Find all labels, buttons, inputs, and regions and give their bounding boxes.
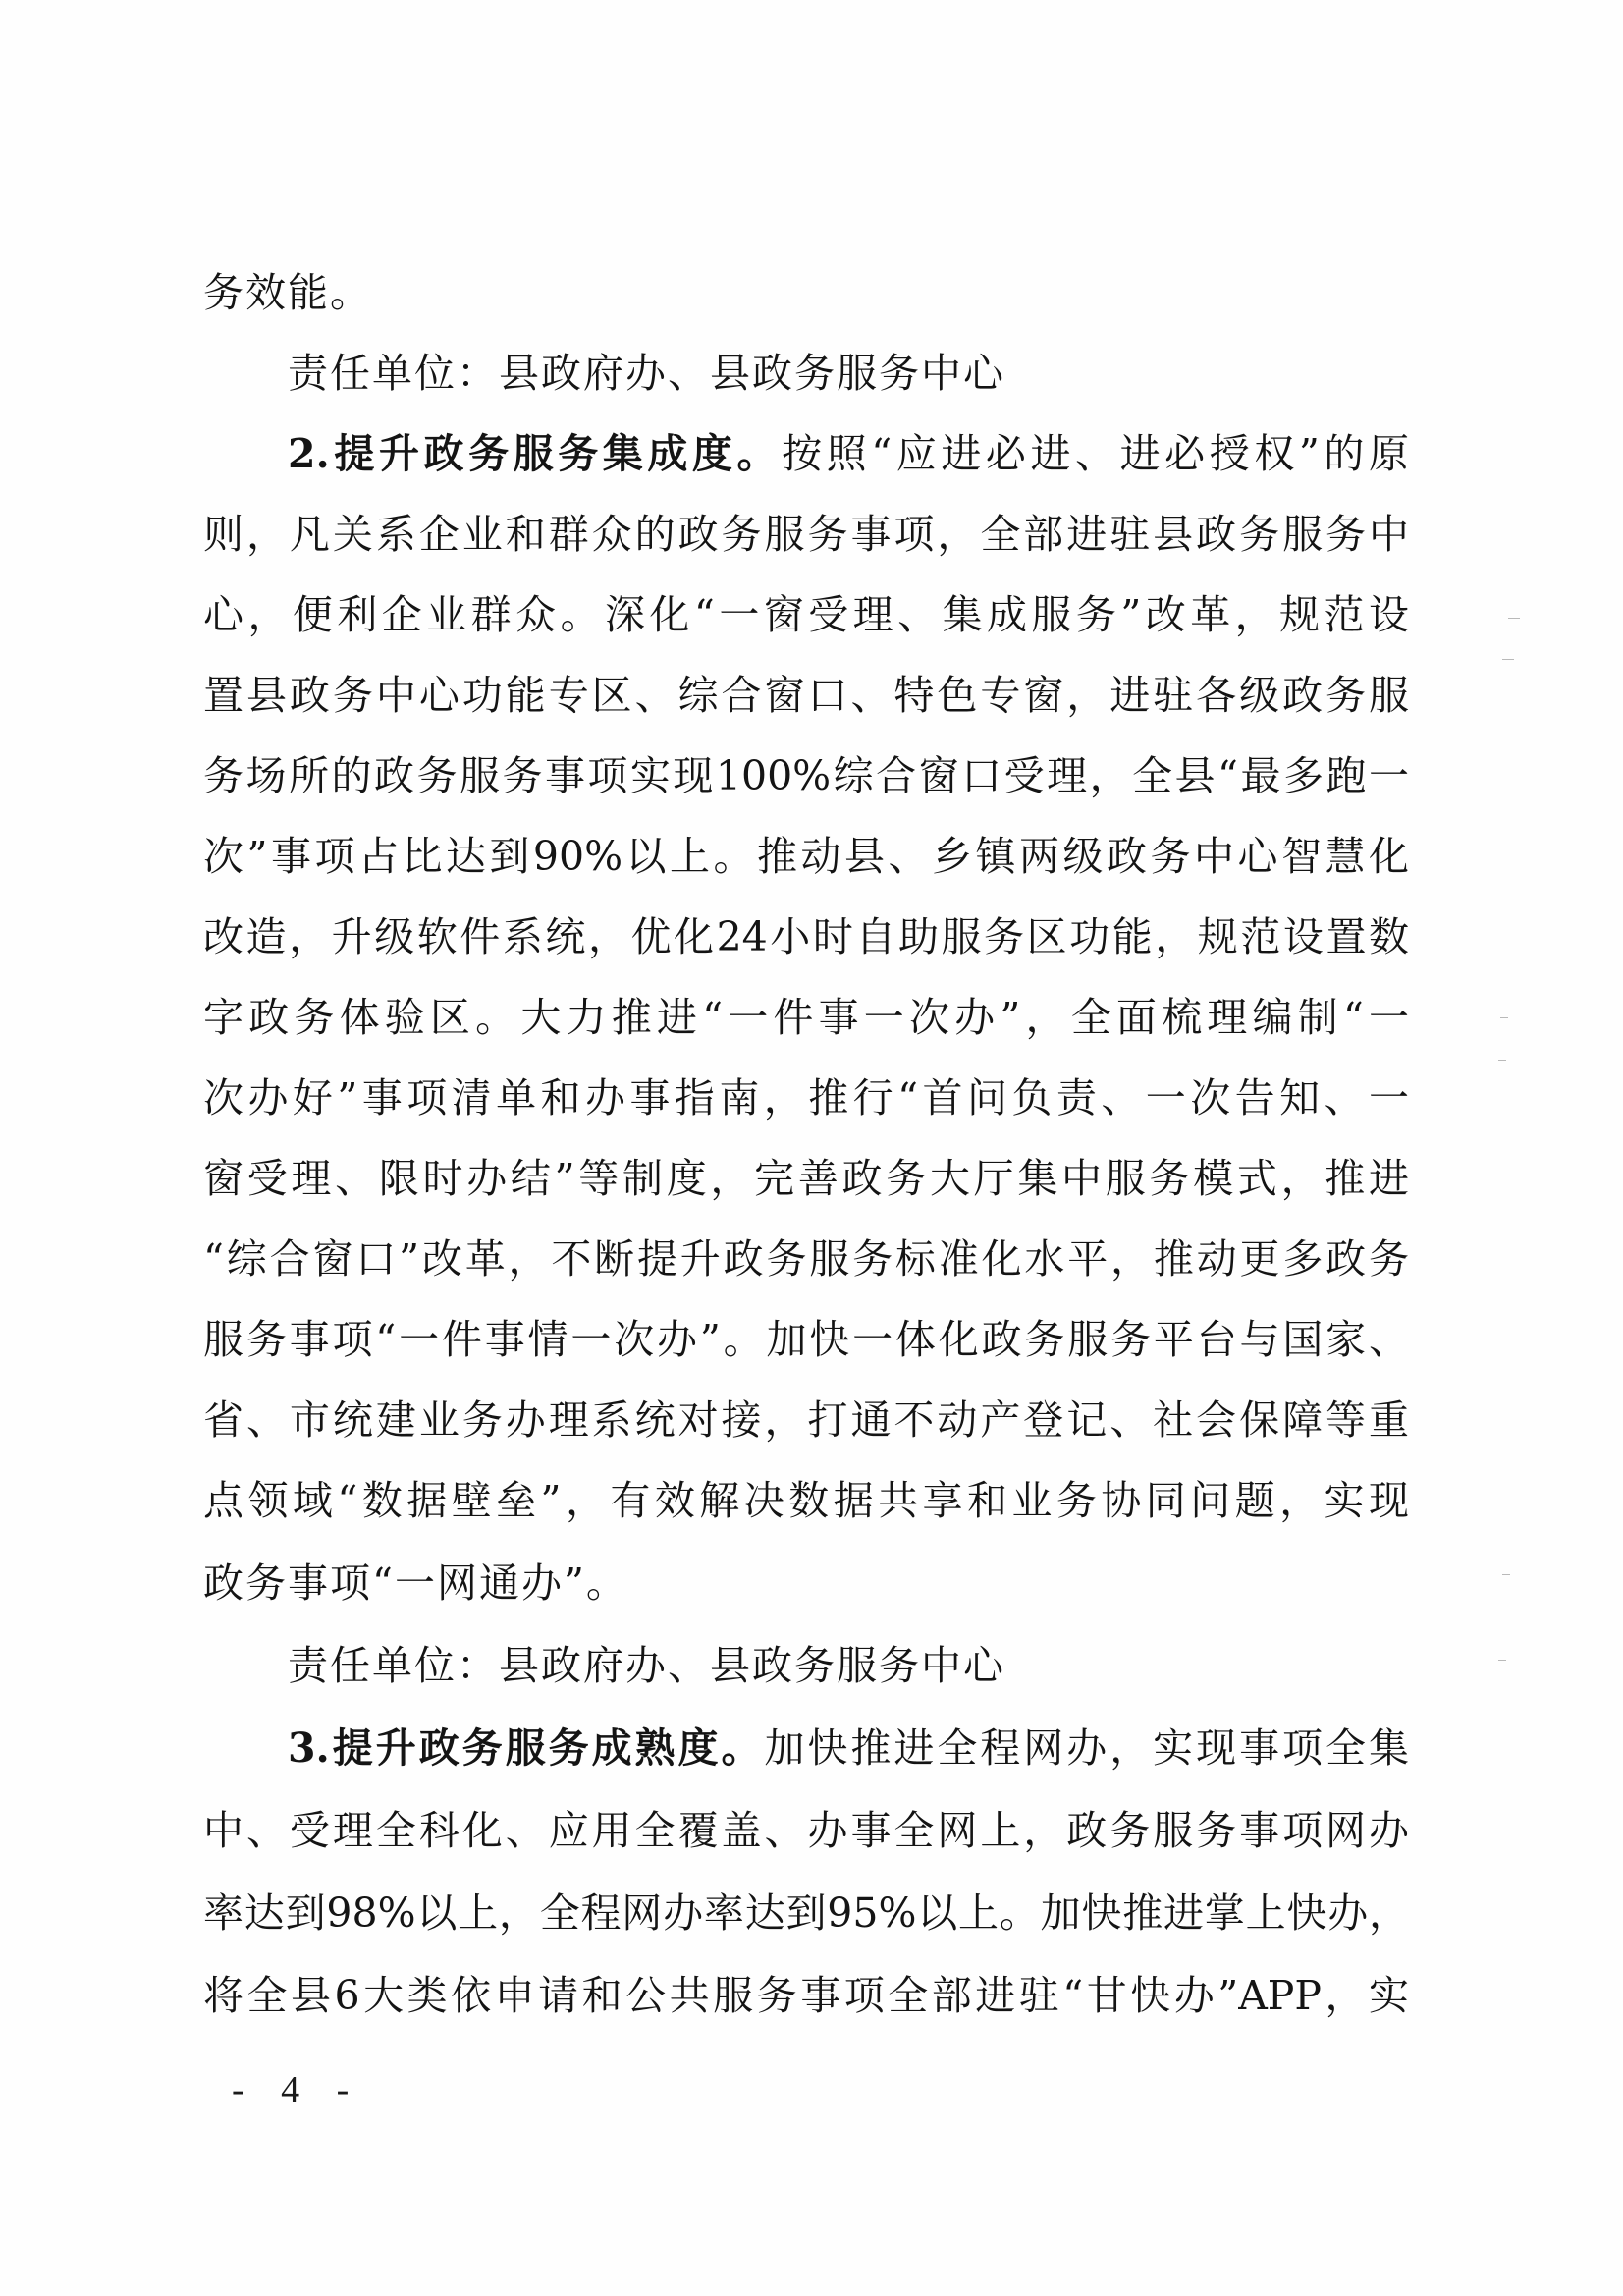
item-2-title: 2.提升政务服务集成度。 (288, 430, 782, 477)
item-2-heading-line: 2.提升政务服务集成度。按照“应进必进、进必授权”的原 (288, 426, 1409, 481)
body-text-line: “综合窗口”改革，不断提升政务服务标准化水平，推动更多政务 (203, 1231, 1409, 1286)
body-text-line: 点领域“数据壁垒”，有效解决数据共享和业务协同问题，实现 (203, 1473, 1409, 1528)
scan-artifact (1502, 659, 1514, 660)
body-text-line: 将全县6大类依申请和公共服务事项全部进驻“甘快办”APP，实 (203, 1968, 1409, 2023)
scan-artifact (1502, 1574, 1510, 1575)
item-3-title: 3.提升政务服务成熟度。 (288, 1724, 764, 1772)
responsible-unit-line: 责任单位：县政府办、县政务服务中心 (288, 1638, 1409, 1693)
body-text-line: 中、受理全科化、应用全覆盖、办事全网上，政务服务事项网办 (203, 1803, 1409, 1858)
body-text-line: 服务事项“一件事情一次办”。加快一体化政务服务平台与国家、 (203, 1312, 1409, 1367)
body-text-line: 置县政务中心功能专区、综合窗口、特色专窗，进驻各级政务服 (203, 668, 1409, 723)
responsible-unit-line: 责任单位：县政府办、县政务服务中心 (288, 346, 1409, 401)
paragraph-end-line: 政务事项“一网通办”。 (203, 1556, 628, 1611)
body-text-line: 次”事项占比达到90%以上。推动县、乡镇两级政务中心智慧化 (203, 829, 1409, 884)
body-text-line: 务场所的政务服务事项实现100%综合窗口受理，全县“最多跑一 (203, 748, 1409, 803)
item-3-body-start: 加快推进全程网办，实现事项全集 (764, 1724, 1409, 1772)
body-text-line: 次办好”事项清单和办事指南，推行“首问负责、一次告知、一 (203, 1070, 1409, 1125)
item-3-heading-line: 3.提升政务服务成熟度。加快推进全程网办，实现事项全集 (288, 1721, 1409, 1776)
body-text-line: 字政务体验区。大力推进“一件事一次办”，全面梳理编制“一 (203, 990, 1409, 1045)
body-text-line: 窗受理、限时办结”等制度，完善政务大厅集中服务模式，推进 (203, 1151, 1409, 1206)
body-text-line: 则，凡关系企业和群众的政务服务事项，全部进驻县政务服务中 (203, 507, 1409, 562)
document-page: 务效能。 责任单位：县政府办、县政务服务中心 2.提升政务服务集成度。按照“应进… (0, 0, 1623, 2296)
item-2-body-start: 按照“应进必进、进必授权”的原 (782, 430, 1409, 477)
body-text-line: 心，便利企业群众。深化“一窗受理、集成服务”改革，规范设 (203, 587, 1409, 642)
page-number: - 4 - (232, 2068, 362, 2111)
text-line-continuation: 务效能。 (203, 265, 372, 320)
scan-artifact (1500, 1017, 1508, 1018)
body-text-line: 省、市统建业务办理系统对接，打通不动产登记、社会保障等重 (203, 1393, 1409, 1448)
scan-artifact (1498, 1660, 1506, 1661)
body-text-line: 改造，升级软件系统，优化24小时自助服务区功能，规范设置数 (203, 909, 1409, 964)
scan-artifact (1498, 1060, 1506, 1061)
body-text-line: 率达到98%以上，全程网办率达到95%以上。加快推进掌上快办， (203, 1886, 1409, 1941)
scan-artifact (1508, 618, 1520, 619)
